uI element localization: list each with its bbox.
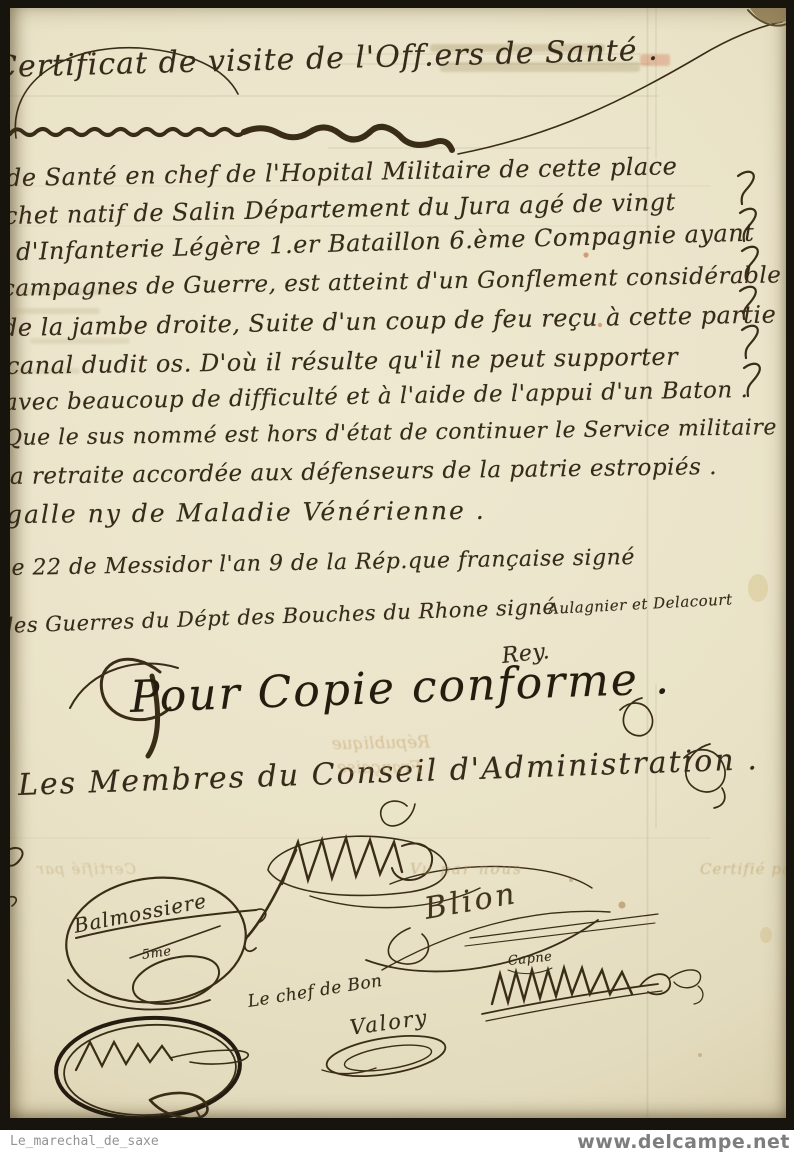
signature-balmossiere-name: Balmossiere xyxy=(72,888,209,937)
body-line-6: canal dudit os. D'où il résulte qu'il ne… xyxy=(10,343,678,380)
signature-right-zigzag xyxy=(482,968,703,1021)
scanned-document-photo: Certificat de visite de l'Off.ers de San… xyxy=(0,0,794,1155)
photo-frame: Certificat de visite de l'Off.ers de San… xyxy=(0,0,794,1130)
manuscript-paper: Certificat de visite de l'Off.ers de San… xyxy=(10,8,786,1118)
wavy-divider xyxy=(10,127,452,150)
body-line-7: avec beaucoup de difficulté et à l'aide … xyxy=(10,377,749,416)
bleedthrough-republique: République xyxy=(331,733,430,755)
body-line-1: de Santé en chef de l'Hopital Militaire … xyxy=(10,152,678,192)
signatories-line: Aulagnier et Delacourt xyxy=(548,590,733,618)
bleedthrough-vu-par-nous: Vu par nous xyxy=(410,860,523,878)
watermark-username: Le_marechal_de_saxe xyxy=(10,1134,159,1149)
signature-bottomleft-oval xyxy=(54,1013,249,1118)
watermark-strip: Le_marechal_de_saxe www.delcampe.net xyxy=(0,1130,794,1155)
signature-balmossiere-note: 5me xyxy=(141,944,173,963)
date-line: le 22 de Messidor l'an 9 de la Rép.que f… xyxy=(10,545,635,581)
watermark-site: www.delcampe.net xyxy=(577,1131,790,1153)
copy-conforme-line: Pour Copie conforme . xyxy=(129,653,672,723)
signature-valory-name: Valory xyxy=(348,1005,430,1040)
body-line-10: galle ny de Maladie Vénérienne . xyxy=(10,496,486,529)
margin-curls xyxy=(10,848,23,906)
corner-fold xyxy=(748,8,786,26)
title-line: Certificat de visite de l'Off.ers de San… xyxy=(10,33,659,85)
signature-blion-name: Blion xyxy=(422,876,520,927)
conseil-descender-loop xyxy=(381,801,415,826)
signature-blion-rank: Capne xyxy=(507,949,553,969)
signature-balmossiere-oval xyxy=(60,869,266,1012)
signature-chef-title: Le chef de Bon xyxy=(246,971,383,1012)
body-line-8: Que le sus nommé est hors d'état de cont… xyxy=(10,415,777,451)
bleedthrough-certifie-right: Certifié par xyxy=(700,860,786,878)
signature-valory-flourish xyxy=(322,1029,448,1083)
body-line-9: la retraite accordée aux défenseurs de l… xyxy=(10,454,717,490)
bleedthrough-certifie-left: Certifié par xyxy=(36,860,136,878)
registry-line: des Guerres du Dépt des Bouches du Rhone… xyxy=(10,595,556,638)
body-line-4: campagnes de Guerre, est atteint d'un Go… xyxy=(10,262,782,302)
body-line-5: de la jambe droite, Suite d'un coup de f… xyxy=(10,300,777,342)
bleedthrough-francaise: Française xyxy=(337,758,422,778)
